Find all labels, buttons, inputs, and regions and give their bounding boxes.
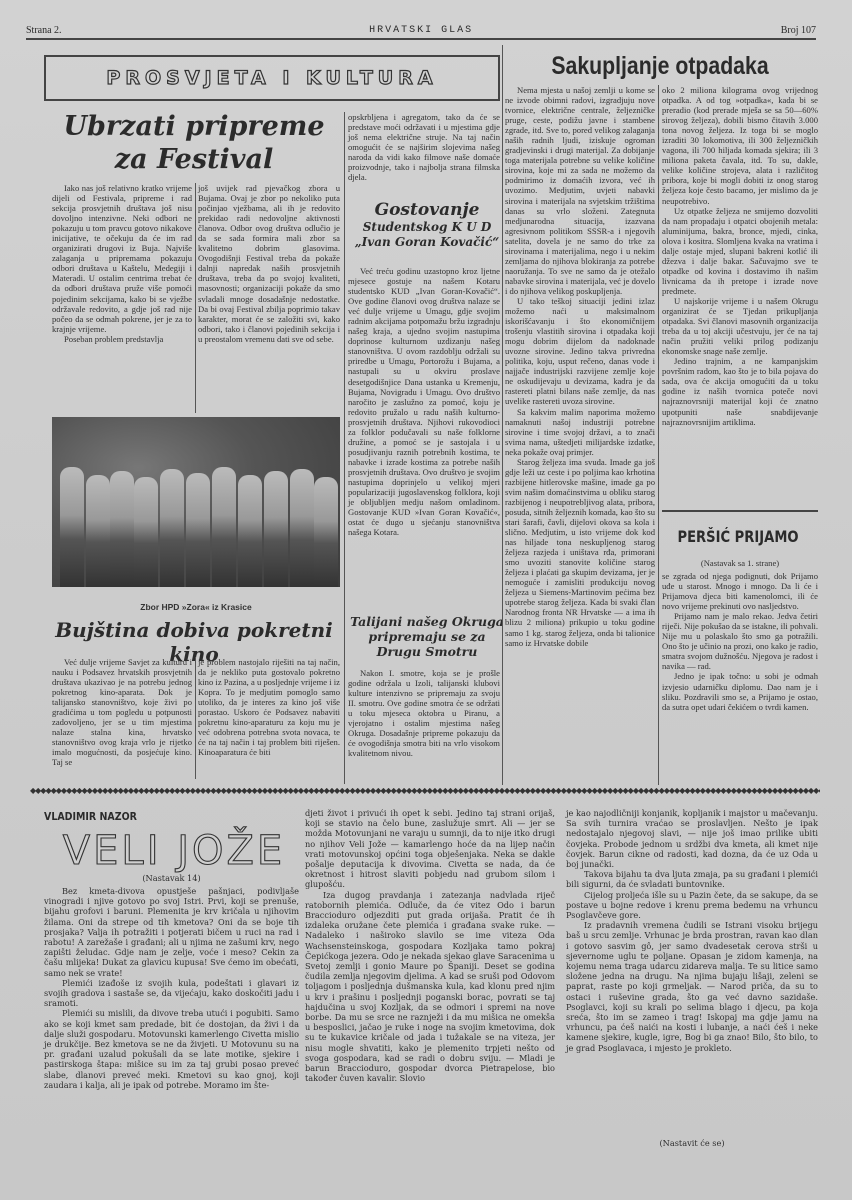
kud-body: Već treću godinu uzastopno kroz ljetne m… xyxy=(348,266,500,537)
serial-installment: (Nastavak 14) xyxy=(44,873,299,883)
headline-talijani: Talijani našeg Okruga pripremaju se za D… xyxy=(347,614,507,659)
festival-col-2: još uvijek rad pjevačkog zbora u Bujama.… xyxy=(198,183,340,344)
photo-caption: Zbor HPD »Zora« iz Krasice xyxy=(52,602,340,612)
otpadaka-col-2: oko 2 miliona kilograma ovog vrijednog o… xyxy=(662,85,818,427)
kino-col-2: je problem nastojalo riješiti na taj nač… xyxy=(198,657,340,757)
page-header: Strana 2. HRVATSKI GLAS Broj 107 xyxy=(26,20,816,40)
column-rule xyxy=(195,657,196,779)
section-banner: PROSVJETA I KULTURA xyxy=(44,55,500,101)
kino-col-3: opskrbljena i agregatom, tako da će se p… xyxy=(348,112,500,182)
serial-continued: (Nastavit će se) xyxy=(566,1138,818,1148)
kud-subtitle-1: Studentskog K U D xyxy=(347,220,507,235)
persic-body: se zgrada od njega podignuti, dok Prijam… xyxy=(662,571,818,712)
talijani-body: Nakon I. smotre, koja se je prošle godin… xyxy=(348,668,500,758)
choir-photo xyxy=(52,417,340,587)
kud-subtitle-2: „Ivan Goran Kovačić“ xyxy=(347,235,507,250)
kino-col-1: Već dulje vrijeme Savjet za kulturu i na… xyxy=(52,657,192,768)
headline-persic: PERŠIĆ PRIJAMO xyxy=(672,527,803,546)
serial-title: VELI JOŽE xyxy=(44,828,304,874)
issue-number: Broj 107 xyxy=(781,25,816,36)
headline-festival: Ubrzati pripreme za Festival xyxy=(44,110,344,176)
column-rule xyxy=(195,183,196,413)
column-rule xyxy=(344,112,345,784)
serial-author: VLADIMIR NAZOR xyxy=(44,811,137,823)
column-rule xyxy=(658,85,659,785)
column-rule xyxy=(502,45,503,785)
ornament-rule: ◆◆◆◆◆◆◆◆◆◆◆◆◆◆◆◆◆◆◆◆◆◆◆◆◆◆◆◆◆◆◆◆◆◆◆◆◆◆◆◆… xyxy=(30,788,820,794)
kud-title: Gostovanje xyxy=(347,200,507,220)
serial-col-1: Bez kmeta-divova opustješe pašnjaci, pod… xyxy=(44,886,299,1090)
headline-kud: Gostovanje Studentskog K U D „Ivan Goran… xyxy=(347,200,507,250)
divider xyxy=(662,510,818,512)
otpadaka-col-1: Nema mjesta u našoj zemlji u kome se ne … xyxy=(505,85,655,648)
persic-note: (Nastavak sa 1. strane) xyxy=(662,558,818,568)
serial-col-2: djeti život i privući ih opet k sebi. Je… xyxy=(305,808,555,1083)
masthead: HRVATSKI GLAS xyxy=(369,25,473,36)
newspaper-page: Strana 2. HRVATSKI GLAS Broj 107 PROSVJE… xyxy=(0,0,852,1200)
section-title: PROSVJETA I KULTURA xyxy=(106,67,437,89)
headline-otpadaka: Sakupljanje otpadaka xyxy=(528,52,792,81)
page-number: Strana 2. xyxy=(26,25,62,36)
serial-col-3: je kao najodličniji konjanik, kopljanik … xyxy=(566,808,818,1053)
festival-col-1: Iako nas još relativno kratko vrijeme di… xyxy=(52,183,192,344)
